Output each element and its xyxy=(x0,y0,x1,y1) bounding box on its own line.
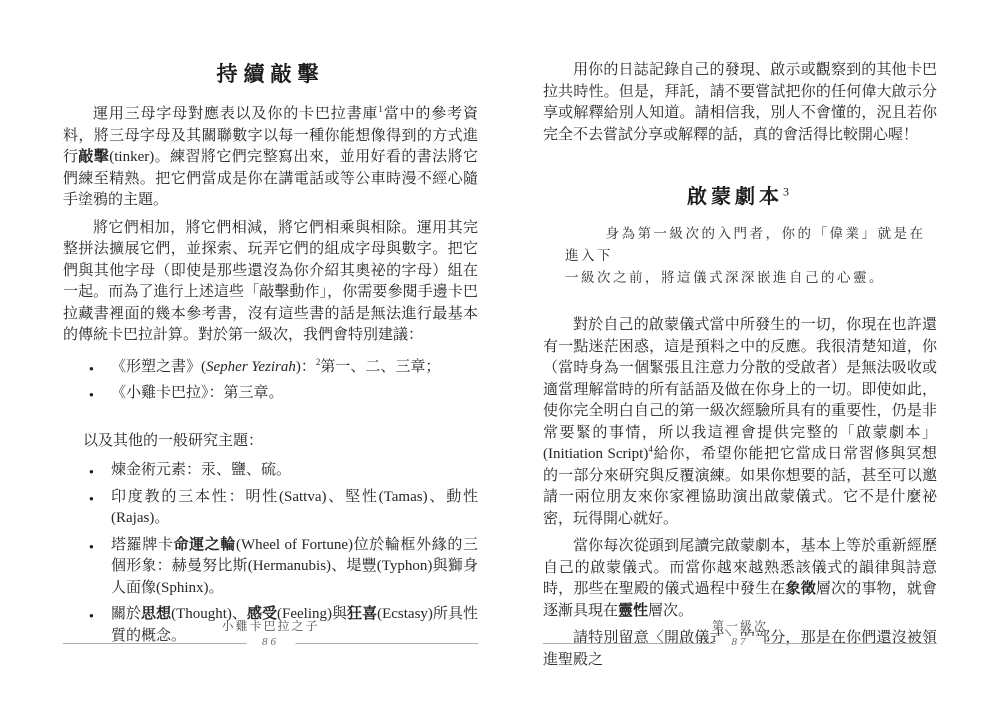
epigraph-quote: 身為第一級次的入門者，你的「偉業」就是在進入下 一級次之前，將這儀式深深嵌進自己… xyxy=(565,223,927,289)
footer-rule: 87 xyxy=(543,643,937,644)
book-spread-scan: 持續敲擊 運用三母字母對應表以及你的卡巴拉書庫1當中的參考資料，將三母字母及其關… xyxy=(0,0,999,709)
list-item-text: 《形塑之書》(Sepher Yezirah)：2第一、二、三章； xyxy=(111,357,478,379)
page-number: 86 xyxy=(246,636,295,648)
paragraph: 將它們相加，將它們相減，將它們相乘與相除。運用其完整拼法擴展它們，並探索、玩弄它… xyxy=(63,218,478,347)
page-footer-right: 第一級次 87 xyxy=(543,617,937,644)
list-item: ● 《小雞卡巴拉》：第三章。 xyxy=(89,383,478,405)
page-number: 87 xyxy=(716,636,765,648)
quote-line: 身為第一級次的入門者，你的「偉業」就是在進入下 xyxy=(565,223,927,267)
paragraph: 對於自己的啟蒙儀式當中所發生的一切，你現在也許還有一點迷茫困惑，這是預料之中的反… xyxy=(543,315,937,530)
bullet-icon: ● xyxy=(89,535,111,600)
list-item: ● 塔羅牌卡命運之輪(Wheel of Fortune)位於輪框外緣的三個形象：… xyxy=(89,535,478,600)
paragraph: 當你每次從頭到尾讀完啟蒙劇本，基本上等於重新經歷自己的啟蒙儀式。而當你越來越熟悉… xyxy=(543,536,937,622)
running-title: 第一級次 xyxy=(543,617,937,634)
page-right: 用你的日誌記錄自己的發現、啟示或觀察到的其他卡巴拉共時性。但是，拜託，請不要嘗試… xyxy=(543,0,937,709)
running-title: 小雞卡巴拉之子 xyxy=(63,617,478,634)
section-title: 持續敲擊 xyxy=(63,58,478,88)
paragraph: 運用三母字母對應表以及你的卡巴拉書庫1當中的參考資料，將三母字母及其關聯數字以每… xyxy=(63,104,478,212)
list-item-text: 《小雞卡巴拉》：第三章。 xyxy=(111,383,478,405)
bullet-icon: ● xyxy=(89,460,111,482)
list-item-text: 煉金術元素：汞、鹽、硫。 xyxy=(111,460,478,482)
list-intro: 以及其他的一般研究主題： xyxy=(83,431,478,453)
recommended-books-list: ● 《形塑之書》(Sepher Yezirah)：2第一、二、三章； ● 《小雞… xyxy=(63,357,478,405)
footer-rule: 86 xyxy=(63,643,478,644)
page-footer-left: 小雞卡巴拉之子 86 xyxy=(63,617,478,644)
list-item: ● 印度教的三本性：明性(Sattva)、堅性(Tamas)、動性(Rajas)… xyxy=(89,487,478,530)
list-item-text: 印度教的三本性：明性(Sattva)、堅性(Tamas)、動性(Rajas)。 xyxy=(111,487,478,530)
bullet-icon: ● xyxy=(89,357,111,379)
list-item: ● 《形塑之書》(Sepher Yezirah)：2第一、二、三章； xyxy=(89,357,478,379)
paragraph: 用你的日誌記錄自己的發現、啟示或觀察到的其他卡巴拉共時性。但是，拜託，請不要嘗試… xyxy=(543,60,937,146)
bullet-icon: ● xyxy=(89,383,111,405)
section-title: 啟蒙劇本3 xyxy=(543,180,937,209)
quote-line: 一級次之前，將這儀式深深嵌進自己的心靈。 xyxy=(565,267,927,289)
bullet-icon: ● xyxy=(89,487,111,530)
list-item: ● 煉金術元素：汞、鹽、硫。 xyxy=(89,460,478,482)
list-item-text: 塔羅牌卡命運之輪(Wheel of Fortune)位於輪框外緣的三個形象：赫曼… xyxy=(111,535,478,600)
page-left: 持續敲擊 運用三母字母對應表以及你的卡巴拉書庫1當中的參考資料，將三母字母及其關… xyxy=(63,0,478,709)
